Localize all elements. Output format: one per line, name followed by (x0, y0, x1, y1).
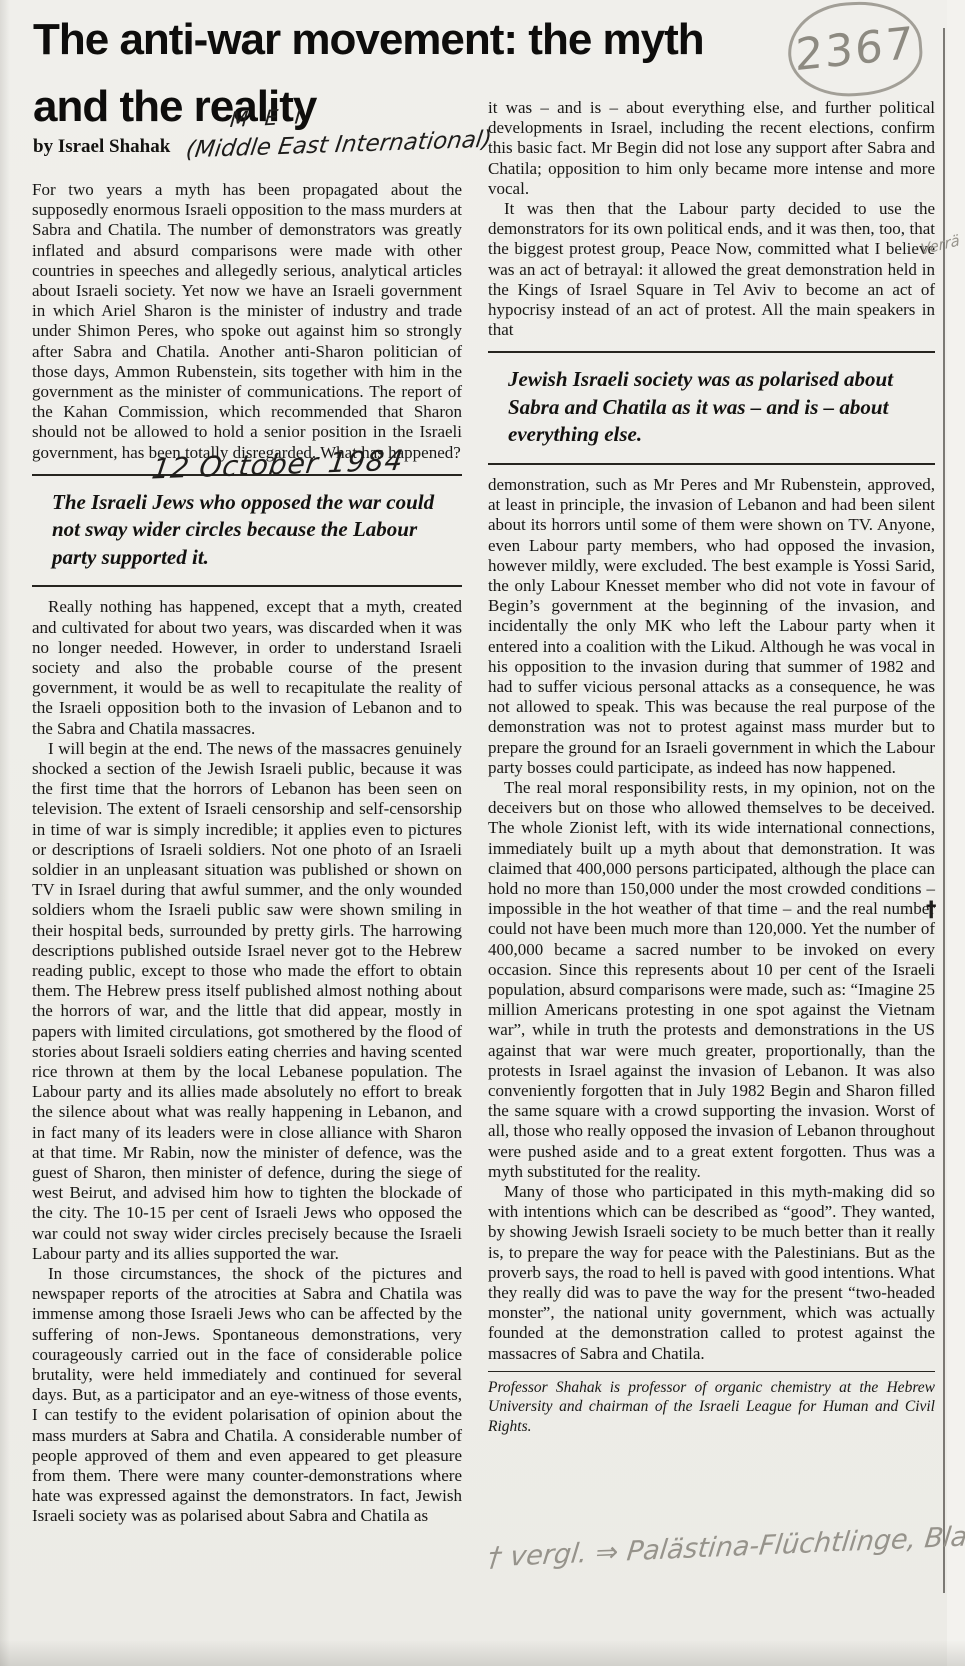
circled-archive-number: 2367 (785, 0, 925, 101)
divider-rule (488, 351, 935, 353)
author-bio: Professor Shahak is professor of organic… (488, 1378, 935, 1437)
reference-note-text: † vergl. ⇒ Palästina-Flüchtlinge, Blatt (486, 1520, 965, 1573)
paragraph: it was – and is – about everything else,… (488, 98, 935, 199)
byline: by Israel Shahak (33, 136, 170, 158)
column-right: it was – and is – about everything else,… (488, 98, 935, 1436)
paragraph: Really nothing has happened, except that… (32, 597, 462, 738)
paper-edge-line (943, 28, 945, 1593)
paragraph: For two years a myth has been propagated… (32, 180, 462, 463)
paragraph: demonstration, such as Mr Peres and Mr R… (488, 475, 935, 778)
handwritten-reference-note: † vergl. ⇒ Palästina-Flüchtlinge, Blatt … (486, 1518, 965, 1574)
handwritten-dagger-mark: † (926, 897, 937, 921)
paragraph: The real moral responsibility rests, in … (488, 778, 935, 1182)
paragraph: I will begin at the end. The news of the… (32, 739, 462, 1264)
scanned-article-page: The anti-war movement: the myth and the … (0, 0, 965, 1666)
archive-number: 2367 (795, 17, 915, 81)
column-left: For two years a myth has been propagated… (32, 180, 462, 1527)
paragraph: It was then that the Labour party decide… (488, 199, 935, 340)
scan-left-shadow (0, 0, 10, 1666)
pull-quote-right: Jewish Israeli society was as polarised … (488, 363, 935, 452)
pull-quote-left: The Israeli Jews who opposed the war cou… (32, 486, 462, 575)
paragraph: In those circumstances, the shock of the… (32, 1264, 462, 1527)
handwritten-mei-abbreviation: M E I (229, 104, 307, 132)
divider-rule (488, 463, 935, 465)
divider-rule (32, 585, 462, 587)
paragraph: Many of those who participated in this m… (488, 1182, 935, 1364)
divider-rule (488, 1371, 935, 1372)
title-line-1: The anti-war movement: the myth (33, 6, 704, 73)
scan-bottom-shadow (0, 1640, 965, 1666)
